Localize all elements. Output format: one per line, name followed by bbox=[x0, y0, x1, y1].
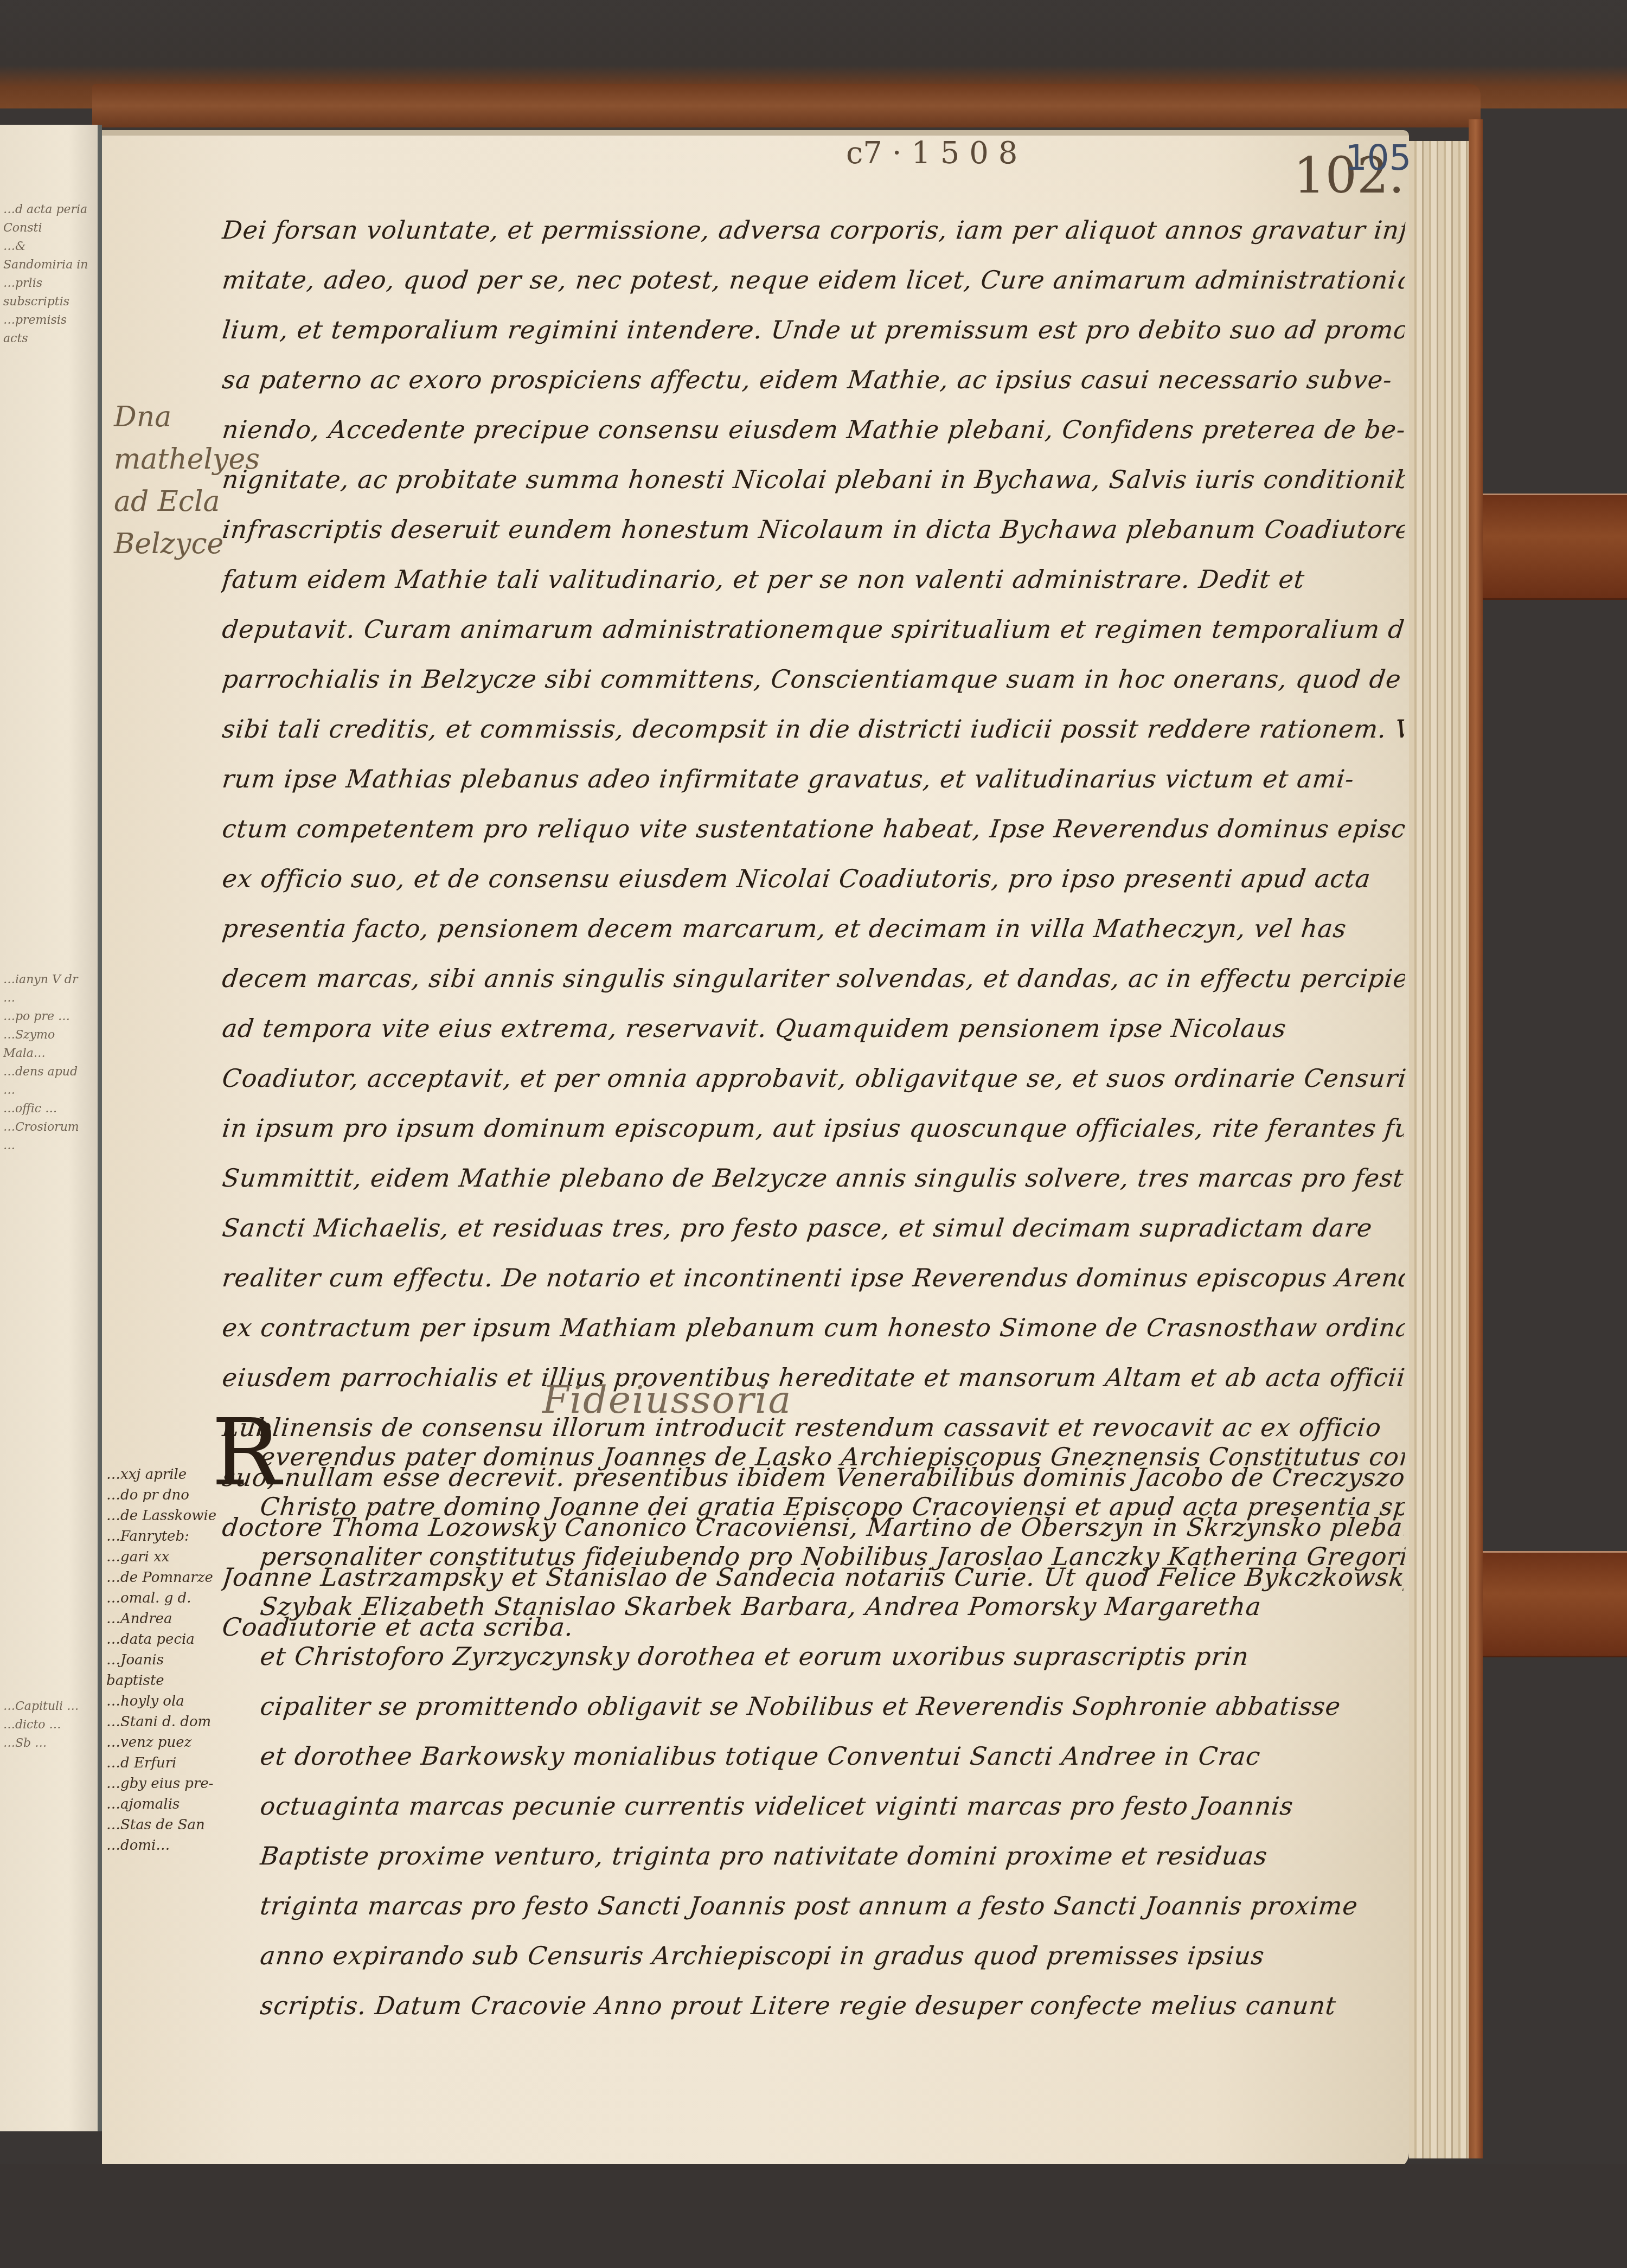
text-line: ex contractum per ipsum Mathiam plebanum… bbox=[220, 1303, 1407, 1353]
text-line: octuaginta marcas pecunie currentis vide… bbox=[258, 1781, 1407, 1831]
binding-board-edge bbox=[1469, 119, 1483, 2158]
text-line: realiter cum effectu. De notario et inco… bbox=[220, 1253, 1407, 1303]
text-line: infrascriptis deseruit eundem honestum N… bbox=[220, 504, 1407, 554]
text-line: presentia facto, pensionem decem marcaru… bbox=[220, 904, 1407, 953]
text-line: sa paterno ac exoro prospiciens affectu,… bbox=[220, 355, 1407, 405]
leather-clasp-upper bbox=[1483, 494, 1627, 600]
text-line: Dei forsan voluntate, et permissione, ad… bbox=[220, 205, 1407, 255]
text-line: ad tempora vite eius extrema, reservavit… bbox=[220, 1003, 1407, 1053]
text-line: niendo, Accedente precipue consensu eius… bbox=[220, 405, 1407, 454]
text-line: Sancti Michaelis, et residuas tres, pro … bbox=[220, 1203, 1407, 1253]
text-line: Summittit, eidem Mathie plebano de Belzy… bbox=[220, 1153, 1407, 1203]
margin-note-lower: …xxj aprile …do pr dno …de Lasskowie …Fa… bbox=[106, 1464, 220, 1856]
entry-text-fideiussoria: everendus pater dominus Joannes de Lasko… bbox=[260, 1432, 1405, 2030]
text-line: anno expirando sub Censuris Archiepiscop… bbox=[258, 1931, 1407, 1981]
text-line: Coadiutor, acceptavit, et per omnia appr… bbox=[220, 1053, 1407, 1103]
text-line: mitate, adeo, quod per se, nec potest, n… bbox=[220, 255, 1407, 305]
text-line: et dorothee Barkowsky monialibus totique… bbox=[258, 1731, 1407, 1781]
text-line: et Christoforo Zyrzyczynsky dorothea et … bbox=[258, 1631, 1407, 1681]
text-line: personaliter constitutus fideiubendo pro… bbox=[258, 1532, 1407, 1581]
text-line: rum ipse Mathias plebanus adeo infirmita… bbox=[220, 754, 1407, 804]
text-line: scriptis. Datum Cracovie Anno prout Lite… bbox=[258, 1981, 1407, 2030]
leather-clasp-lower bbox=[1483, 1551, 1627, 1657]
foliation-marks: c7 · 1 5 0 8 bbox=[846, 136, 1017, 171]
text-line: Christo patre domino Joanne dei gratia E… bbox=[258, 1482, 1407, 1532]
left-facing-page: …d acta peria Consti …& Sandomiria in …p… bbox=[0, 125, 102, 2131]
text-line: cipaliter se promittendo obligavit se No… bbox=[258, 1681, 1407, 1731]
modern-folio-number: 105 bbox=[1345, 138, 1411, 178]
text-line: Szybak Elizabeth Stanislao Skarbek Barba… bbox=[258, 1581, 1407, 1631]
text-line: fatum eidem Mathie tali valitudinario, e… bbox=[220, 554, 1407, 604]
entry-heading-fideiussoria: Fideiussoria bbox=[542, 1378, 792, 1422]
text-line: ctum competentem pro reliquo vite susten… bbox=[220, 804, 1407, 854]
book-cover-top bbox=[0, 0, 1627, 108]
text-line: eiusdem parrochialis et illius proventib… bbox=[220, 1353, 1407, 1402]
left-page-note: …Capituli … …dicto … …Sb … bbox=[3, 1697, 90, 1753]
left-page-note: …ianyn V dr … …po pre … …Szymo Mala… …de… bbox=[3, 971, 90, 1155]
page-fore-edge bbox=[1409, 141, 1469, 2158]
text-line: deputavit. Curam animarum administration… bbox=[220, 604, 1407, 654]
text-line: sibi tali creditis, et commissis, decomp… bbox=[220, 704, 1407, 754]
text-line: in ipsum pro ipsum dominum episcopum, au… bbox=[220, 1103, 1407, 1153]
background-surface bbox=[0, 2164, 1627, 2268]
text-line: lium, et temporalium regimini intendere.… bbox=[220, 305, 1407, 355]
text-line: parrochialis in Belzycze sibi committens… bbox=[220, 654, 1407, 704]
text-line: decem marcas, sibi annis singulis singul… bbox=[220, 953, 1407, 1003]
text-line: ex officio suo, et de consensu eiusdem N… bbox=[220, 854, 1407, 904]
left-page-note: …d acta peria Consti …& Sandomiria in …p… bbox=[3, 201, 90, 348]
leather-cover-edge bbox=[92, 84, 1481, 127]
text-line: Baptiste proxime venturo, triginta pro n… bbox=[258, 1831, 1407, 1881]
text-line: everendus pater dominus Joannes de Lasko… bbox=[258, 1432, 1407, 1482]
text-line: nignitate, ac probitate summa honesti Ni… bbox=[220, 454, 1407, 504]
text-line: triginta marcas pro festo Sancti Joannis… bbox=[258, 1881, 1407, 1931]
